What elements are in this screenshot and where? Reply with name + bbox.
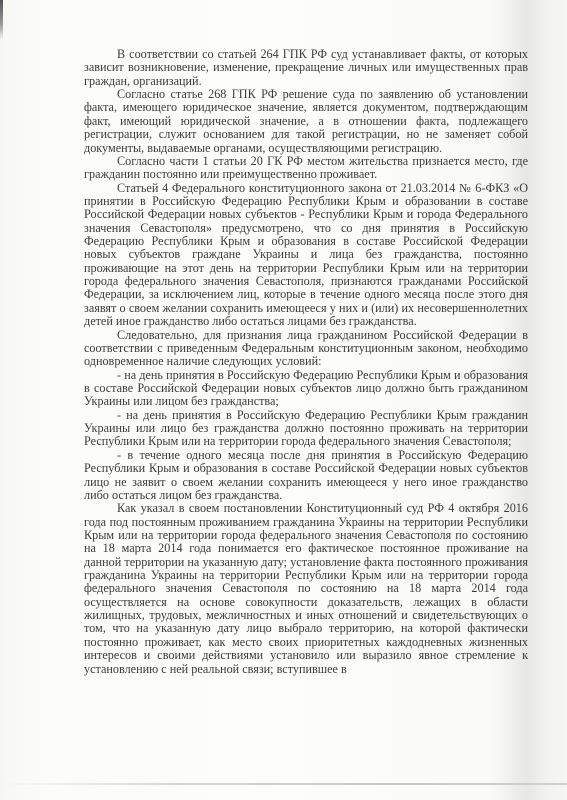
list-item-condition-2: - на день принятия в Российскую Федераци… bbox=[84, 409, 528, 449]
paragraph-art-268-gpk: Согласно статье 268 ГПК РФ решение суда … bbox=[84, 88, 528, 155]
document-body: В соответствии со статьей 264 ГПК РФ суд… bbox=[84, 48, 528, 676]
paragraph-fkz-6: Статьей 4 Федерального конституционного … bbox=[84, 182, 528, 329]
scan-bottom-edge bbox=[0, 783, 567, 785]
list-item-condition-1: - на день принятия в Российскую Федераци… bbox=[84, 369, 528, 409]
paragraph-art-264-gpk: В соответствии со статьей 264 ГПК РФ суд… bbox=[84, 48, 528, 88]
list-item-condition-3: - в течение одного месяца после дня прин… bbox=[84, 449, 528, 502]
scanned-page: В соответствии со статьей 264 ГПК РФ суд… bbox=[0, 0, 567, 800]
paragraph-art-20-gk: Согласно части 1 статьи 20 ГК РФ местом … bbox=[84, 155, 528, 182]
paragraph-constitutional-court: Как указал в своем постановлении Констит… bbox=[84, 502, 528, 676]
paragraph-conditions-intro: Следовательно, для признания лица гражда… bbox=[84, 329, 528, 369]
scan-edge-artifact bbox=[0, 0, 3, 40]
